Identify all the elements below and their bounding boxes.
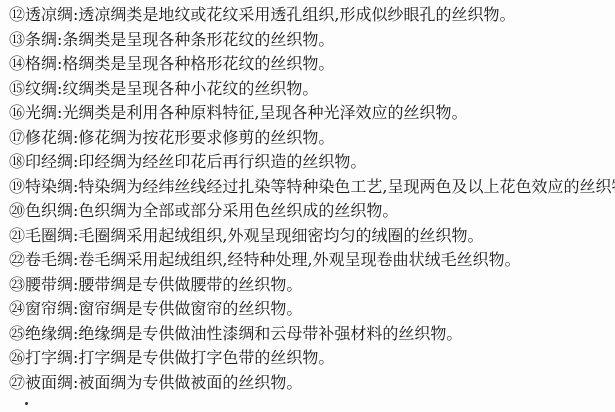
item-text: 卷毛绸:卷毛绸采用起绒组织,经特种处理,外观呈现卷曲状绒毛丝织物。	[25, 250, 521, 269]
circled-number: ⑳	[9, 201, 25, 220]
circled-number: ⑫	[9, 5, 25, 24]
item-text: 被面绸:被面绸为专供做被面的丝织物。	[25, 373, 302, 392]
item-text: 窗帘绸:窗帘绸是专供做窗帘的丝织物。	[25, 299, 302, 318]
circled-number: ㉖	[9, 348, 25, 367]
item-text: 透凉绸:透凉绸类是地纹或花纹采用透孔组织,形成似纱眼孔的丝织物。	[25, 5, 515, 24]
list-item: ⑫透凉绸:透凉绸类是地纹或花纹采用透孔组织,形成似纱眼孔的丝织物。	[9, 3, 615, 28]
scan-artifact-dot	[25, 402, 28, 405]
item-text: 印经绸:印经绸为经丝印花后再行织造的丝织物。	[25, 152, 366, 171]
circled-number: ㉓	[9, 275, 25, 294]
circled-number: ㉒	[9, 250, 25, 269]
circled-number: ⑯	[9, 103, 25, 122]
item-text: 毛圈绸:毛圈绸采用起绒组织,外观呈现细密均匀的绒圈的丝织物。	[25, 226, 483, 245]
list-item: ㉑毛圈绸:毛圈绸采用起绒组织,外观呈现细密均匀的绒圈的丝织物。	[9, 224, 615, 249]
list-item: ⑰修花绸:修花绸为按花形要求修剪的丝织物。	[9, 126, 615, 151]
circled-number: ⑱	[9, 152, 25, 171]
item-text: 修花绸:修花绸为按花形要求修剪的丝织物。	[25, 128, 334, 147]
list-item: ⑱印经绸:印经绸为经丝印花后再行织造的丝织物。	[9, 150, 615, 175]
document-page: ⑫透凉绸:透凉绸类是地纹或花纹采用透孔组织,形成似纱眼孔的丝织物。 ⑬条绸:条绸…	[9, 3, 615, 395]
item-text: 腰带绸:腰带绸是专供做腰带的丝织物。	[25, 275, 302, 294]
list-item: ⑳色织绸:色织绸为全部或部分采用色丝织成的丝织物。	[9, 199, 615, 224]
list-item: ⑮纹绸:纹绸类是呈现各种小花纹的丝织物。	[9, 77, 615, 102]
list-item: ㉗被面绸:被面绸为专供做被面的丝织物。	[9, 371, 615, 396]
circled-number: ⑬	[9, 30, 25, 49]
list-item: ㉕绝缘绸:绝缘绸是专供做油性漆绸和云母带补强材料的丝织物。	[9, 322, 615, 347]
circled-number: ㉔	[9, 299, 25, 318]
item-text: 光绸:光绸类是利用各种原料特征,呈现各种光泽效应的丝织物。	[25, 103, 467, 122]
item-text: 纹绸:纹绸类是呈现各种小花纹的丝织物。	[25, 79, 318, 98]
circled-number: ⑭	[9, 54, 25, 73]
list-item: ⑬条绸:条绸类是呈现各种条形花纹的丝织物。	[9, 28, 615, 53]
list-item: ⑭格绸:格绸类是呈现各种格形花纹的丝织物。	[9, 52, 615, 77]
item-text: 打字绸:打字绸是专供做打字色带的丝织物。	[25, 348, 334, 367]
circled-number: ㉕	[9, 324, 25, 343]
circled-number: ⑲	[9, 177, 25, 196]
circled-number: ㉗	[9, 373, 25, 392]
circled-number: ⑮	[9, 79, 25, 98]
circled-number: ⑰	[9, 128, 25, 147]
list-item: ㉔窗帘绸:窗帘绸是专供做窗帘的丝织物。	[9, 297, 615, 322]
item-text: 绝缘绸:绝缘绸是专供做油性漆绸和云母带补强材料的丝织物。	[25, 324, 462, 343]
item-text: 色织绸:色织绸为全部或部分采用色丝织成的丝织物。	[25, 201, 398, 220]
list-item: ⑯光绸:光绸类是利用各种原料特征,呈现各种光泽效应的丝织物。	[9, 101, 615, 126]
item-text: 条绸:条绸类是呈现各种条形花纹的丝织物。	[25, 30, 334, 49]
item-text: 格绸:格绸类是呈现各种格形花纹的丝织物。	[25, 54, 334, 73]
list-item: ㉒卷毛绸:卷毛绸采用起绒组织,经特种处理,外观呈现卷曲状绒毛丝织物。	[9, 248, 615, 273]
item-text: 特染绸:特染绸为经纬丝线经过扎染等特种染色工艺,呈现两色及以上花色效应的丝织物。	[25, 177, 615, 196]
list-item: ㉖打字绸:打字绸是专供做打字色带的丝织物。	[9, 346, 615, 371]
circled-number: ㉑	[9, 226, 25, 245]
list-item: ⑲特染绸:特染绸为经纬丝线经过扎染等特种染色工艺,呈现两色及以上花色效应的丝织物…	[9, 175, 615, 200]
list-item: ㉓腰带绸:腰带绸是专供做腰带的丝织物。	[9, 273, 615, 298]
